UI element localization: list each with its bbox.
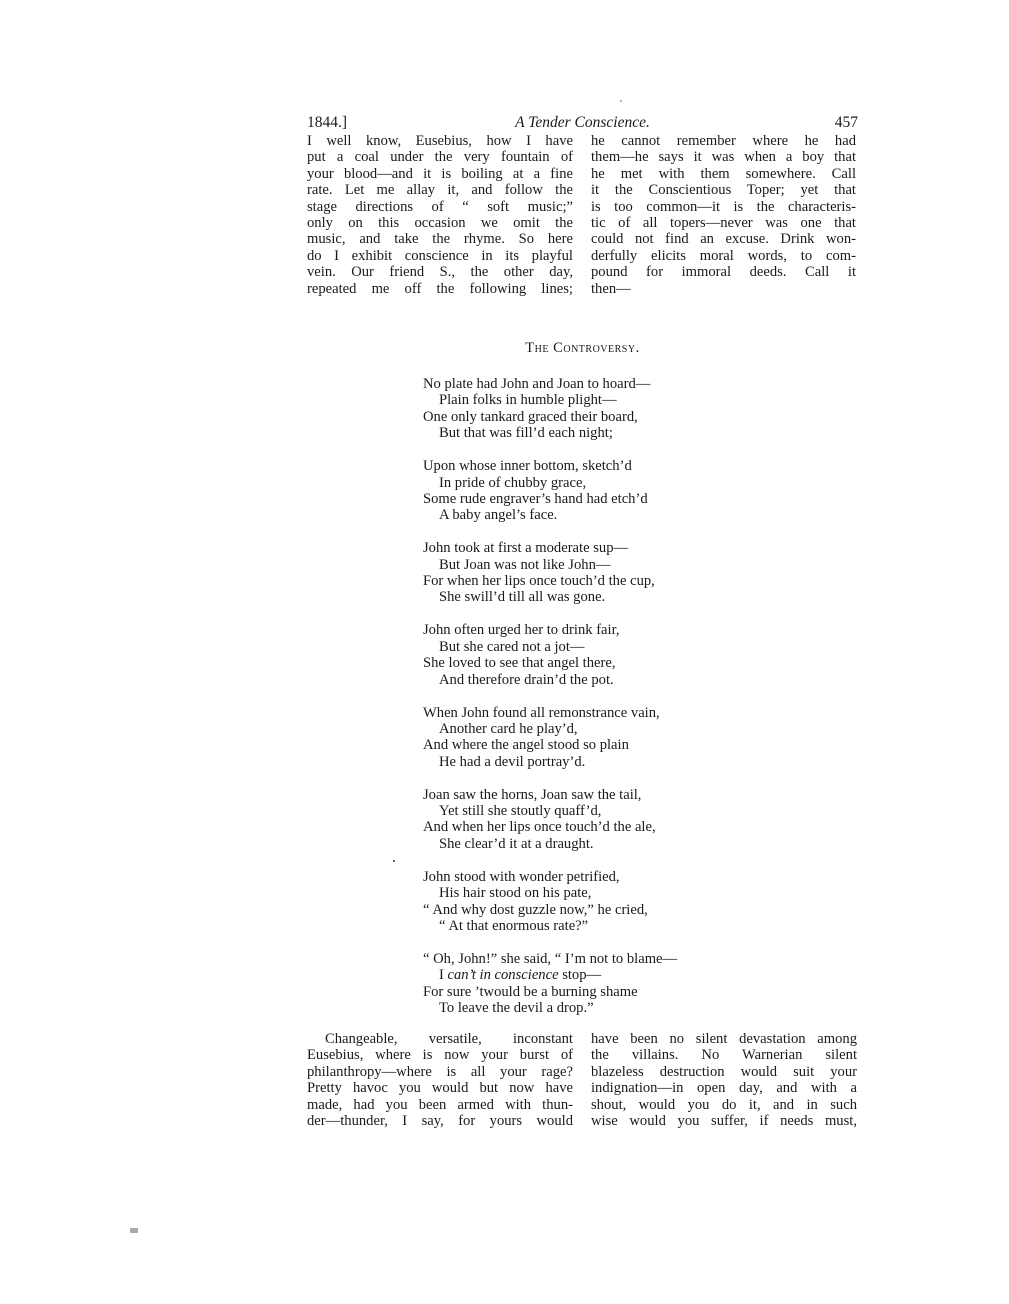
poem-line: “ And why dost guzzle now,” he cried, [423,902,677,918]
text-line: Eusebius, where is now your burst of [307,1047,573,1063]
scan-speck [393,860,395,862]
text-line: I well know, Eusebius, how I have [307,133,573,149]
text-line: music, and take the rhyme. So here [307,231,573,247]
poem-line: And therefore drain’d the pot. [423,672,677,688]
poem-line: When John found all remonstrance vain, [423,705,677,721]
poem-title: The Controversy. [307,340,858,357]
text-line: shout, would you do it, and in such [591,1097,857,1113]
poem-line: But that was fill’d each night; [423,425,677,441]
stanza: John often urged her to drink fair, But … [423,622,677,688]
poem-line: One only tankard graced their board, [423,409,677,425]
line-suffix: stop— [559,967,602,983]
poem-line: A baby angel’s face. [423,507,677,523]
text-line: repeated me off the following lines; [307,281,573,297]
bottom-left-column: Changeable, versatile, inconstant Eusebi… [307,1031,573,1129]
text-line: wise would you suffer, if needs must, [591,1113,857,1129]
header-title: A Tender Conscience. [307,113,858,133]
poem-line: Yet still she stoutly quaff’d, [423,803,677,819]
poem-line: No plate had John and Joan to hoard— [423,376,677,392]
poem-line: Plain folks in humble plight— [423,392,677,408]
text-line: Changeable, versatile, inconstant [307,1031,573,1047]
text-line: only on this occasion we omit the [307,215,573,231]
poem-line: John took at first a moderate sup— [423,540,677,556]
text-line: blazeless destruction would suit your [591,1064,857,1080]
poem-line-italic-phrase: I can’t in conscience stop— [423,967,677,983]
poem-line: Another card he play’d, [423,721,677,737]
poem-line: For when her lips once touch’d the cup, [423,573,677,589]
text-line: indignation—in open day, and with a [591,1080,857,1096]
poem-line: For sure ’twould be a burning shame [423,984,677,1000]
text-line: do I exhibit conscience in its playful [307,248,573,264]
stanza: Upon whose inner bottom, sketch’d In pri… [423,458,677,524]
poem-line: She clear’d it at a draught. [423,836,677,852]
poem-line: In pride of chubby grace, [423,475,677,491]
text-line: your blood—and it is boiling at a fine [307,166,573,182]
text-line: he met with them somewhere. Call [591,166,856,182]
text-line: have been no silent devastation among [591,1031,857,1047]
poem-line: She loved to see that angel there, [423,655,677,671]
stanza: John stood with wonder petrified, His ha… [423,869,677,935]
text-line: rate. Let me allay it, and follow the [307,182,573,198]
stanza: “ Oh, John!” she said, “ I’m not to blam… [423,951,677,1017]
top-right-column: he cannot remember where he had them—he … [591,133,856,297]
poem-line: She swill’d till all was gone. [423,589,677,605]
text-line: stage directions of “ soft music;” [307,199,573,215]
text-line: philanthropy—where is all your rage? [307,1064,573,1080]
poem: No plate had John and Joan to hoard— Pla… [423,376,677,1033]
text-line: them—he says it was when a boy that [591,149,856,165]
page-number: 457 [835,113,858,133]
poem-line: “ Oh, John!” she said, “ I’m not to blam… [423,951,677,967]
text-line: made, had you been armed with thun- [307,1097,573,1113]
text-line: tic of all topers—never was one that [591,215,856,231]
poem-line: John often urged her to drink fair, [423,622,677,638]
poem-line: To leave the devil a drop.” [423,1000,677,1016]
poem-line: His hair stood on his pate, [423,885,677,901]
bottom-right-column: have been no silent devastation among th… [591,1031,857,1129]
stanza: John took at first a moderate sup— But J… [423,540,677,606]
line-prefix: I [439,967,448,983]
scan-speck [620,100,622,102]
running-header: 1844.] A Tender Conscience. 457 [307,113,858,133]
top-left-column: I well know, Eusebius, how I have put a … [307,133,573,297]
scanned-page: 1844.] A Tender Conscience. 457 I well k… [0,0,1009,1304]
poem-line: Upon whose inner bottom, sketch’d [423,458,677,474]
stanza: Joan saw the horns, Joan saw the tail, Y… [423,787,677,853]
text-line: der—thunder, I say, for yours would [307,1113,573,1129]
text-line: he cannot remember where he had [591,133,856,149]
text-line: Pretty havoc you would but now have [307,1080,573,1096]
poem-line: But she cared not a jot— [423,639,677,655]
text-line: pound for immoral deeds. Call it [591,264,856,280]
poem-line: John stood with wonder petrified, [423,869,677,885]
text-line: is too common—it is the characteris- [591,199,856,215]
text-line: the villains. No Warnerian silent [591,1047,857,1063]
poem-line: And when her lips once touch’d the ale, [423,819,677,835]
poem-line: Joan saw the horns, Joan saw the tail, [423,787,677,803]
poem-line: He had a devil portray’d. [423,754,677,770]
text-line: then— [591,281,856,297]
text-line: vein. Our friend S., the other day, [307,264,573,280]
text-line: it the Conscientious Toper; yet that [591,182,856,198]
text-line: derfully elicits moral words, to com- [591,248,856,264]
poem-line: “ At that enormous rate?” [423,918,677,934]
text-line: put a coal under the very fountain of [307,149,573,165]
italic-phrase: can’t in conscience [448,967,559,983]
poem-line: Some rude engraver’s hand had etch’d [423,491,677,507]
stanza: No plate had John and Joan to hoard— Pla… [423,376,677,442]
text-line: could not find an excuse. Drink won- [591,231,856,247]
poem-line: And where the angel stood so plain [423,737,677,753]
poem-line: But Joan was not like John— [423,557,677,573]
stanza: When John found all remonstrance vain, A… [423,705,677,771]
scan-speck [130,1228,138,1233]
